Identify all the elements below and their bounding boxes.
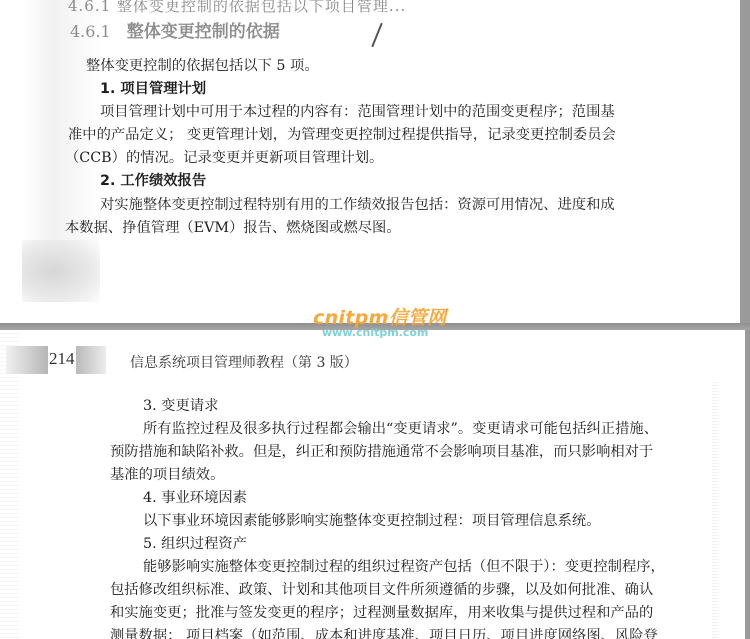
item-1-line-3: （CCB）的情况。记录变更并更新项目管理计划。 bbox=[65, 151, 383, 165]
item-2-line-1: 对实施整体变更控制过程特别有用的工作绩效报告包括：资源可用情况、进度和成 bbox=[100, 198, 615, 212]
item-1-line-1: 项目管理计划中可用于本过程的内容有：范围管理计划中的范围变更程序；范围基 bbox=[100, 105, 615, 119]
item-heading-4: 4. 事业环境因素 bbox=[143, 491, 247, 505]
item-3-line-1: 所有监控过程及很多执行过程都会输出“变更请求”。变更请求可能包括纠正措施、 bbox=[143, 422, 658, 436]
watermark-url: www.cnitpm.com bbox=[322, 326, 428, 339]
item-3-line-2: 预防措施和缺陷补救。但是，纠正和预防措施通常不会影响项目基准，而只影响相对于 bbox=[110, 445, 653, 459]
item-2-line-2: 本数据、挣值管理（EVM）报告、燃烧图或燃尽图。 bbox=[65, 221, 401, 235]
scan-speckle-right bbox=[712, 380, 718, 639]
section-heading: 4.6.1整体变更控制的依据 bbox=[70, 17, 280, 42]
item-heading-1: 1. 项目管理计划 bbox=[100, 82, 206, 96]
item-3-line-3: 基准的项目绩效。 bbox=[110, 468, 224, 482]
item-5-line-3: 和实施变更；批准与签发变更的程序；过程测量数据库，用来收集与提供过程和产品的 bbox=[110, 606, 653, 620]
page-number: 214 bbox=[49, 349, 75, 369]
item-5-line-4: 测量数据； 项目档案（如范围、成本和进度基准、项目日历、项目进度网络图、风险登 bbox=[110, 629, 658, 639]
item-5-line-1: 能够影响实施整体变更控制过程的组织过程资产包括（但不限于）：变更控制程序， bbox=[143, 560, 665, 574]
scan-speckle-left bbox=[0, 330, 20, 639]
running-head: 信息系统项目管理师教程（第 3 版） bbox=[130, 352, 358, 372]
scan-shadow-left-bottom bbox=[22, 240, 100, 302]
item-1-line-2: 准中的产品定义； 变更管理计划，为管理变更控制过程提供指导，记录变更控制委员会 bbox=[68, 128, 616, 142]
item-4-line-1: 以下事业环境因素能够影响实施整体变更控制过程：项目管理信息系统。 bbox=[143, 514, 601, 528]
section-title: 整体变更控制的依据 bbox=[127, 22, 280, 42]
scanned-page-bottom: 214 信息系统项目管理师教程（第 3 版） 3. 变更请求 所有监控过程及很多… bbox=[0, 330, 750, 639]
item-heading-3: 3. 变更请求 bbox=[143, 399, 218, 413]
item-heading-2: 2. 工作绩效报告 bbox=[100, 174, 206, 188]
page-edge-right bbox=[745, 330, 750, 639]
pen-mark bbox=[371, 23, 383, 48]
intro-paragraph: 整体变更控制的依据包括以下 5 项。 bbox=[86, 59, 319, 73]
item-5-line-2: 包括修改组织标准、政策、计划和其他项目文件所须遵循的步骤，以及如何批准、确认 bbox=[110, 583, 653, 597]
cut-off-text-line: 4.6.1 整体变更控制的依据包括以下项目管理... bbox=[68, 0, 406, 16]
section-number: 4.6.1 bbox=[70, 22, 111, 41]
scanned-page-top: 4.6.1 整体变更控制的依据包括以下项目管理... 4.6.1整体变更控制的依… bbox=[0, 0, 742, 324]
page-number-shading-left bbox=[6, 346, 48, 374]
page-number-shading-right bbox=[76, 346, 106, 374]
item-heading-5: 5. 组织过程资产 bbox=[143, 537, 247, 551]
